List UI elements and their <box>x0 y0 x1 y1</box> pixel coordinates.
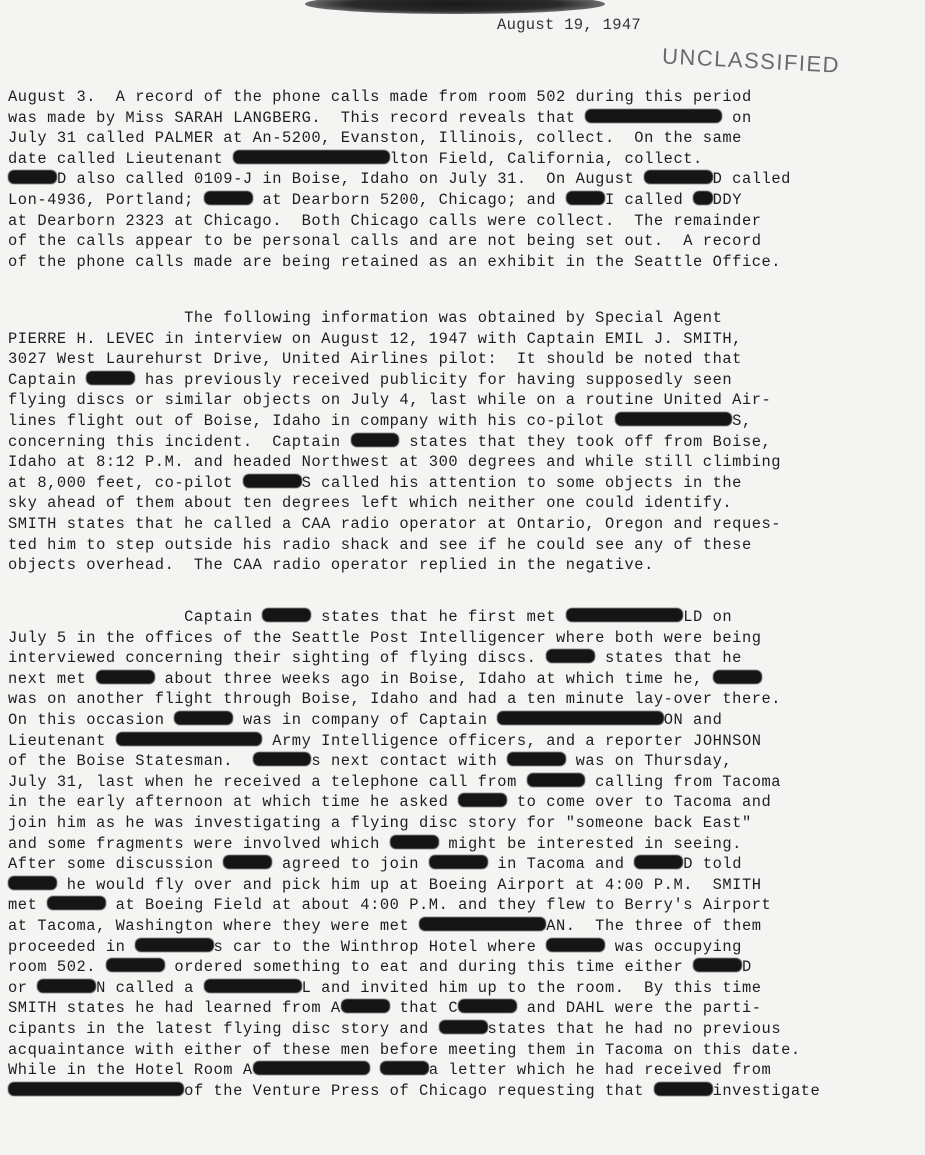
text-line: July 5 in the offices of the Seattle Pos… <box>8 628 762 648</box>
text-segment: join him as he was investigating a flyin… <box>8 814 752 832</box>
text-segment: states that he had no previous <box>488 1020 782 1038</box>
text-segment: D told <box>683 855 742 873</box>
text-line: July 31 called PALMER at An-5200, Evanst… <box>8 128 742 148</box>
redaction-mark: SMITH <box>351 433 400 447</box>
text-segment: was made by Miss SARAH LANGBERG. This re… <box>8 109 585 127</box>
text-segment: to come over to Tacoma and <box>507 793 771 811</box>
text-line: date called Lieutenant XXXXXXXX at Hamil… <box>8 149 703 169</box>
text-line: acquaintance with either of these men be… <box>8 1040 801 1060</box>
text-segment: sky ahead of them about ten degrees left… <box>8 494 732 512</box>
text-line: next met ARNOLD about three weeks ago in… <box>8 669 762 689</box>
redaction-mark: RNOLD showed <box>253 1061 370 1075</box>
text-line: and some fragments were involved which S… <box>8 834 742 854</box>
text-segment: of the phone calls made are being retain… <box>8 253 781 271</box>
text-line: Captain SMITH states that he first met K… <box>8 607 732 627</box>
text-segment: of the Venture Press of Chicago requesti… <box>184 1082 654 1100</box>
text-line: flying discs or similar objects on July … <box>8 390 771 410</box>
redaction-mark: ARNOL <box>8 170 57 184</box>
text-segment: room 502. <box>8 958 106 976</box>
text-segment: and some fragments were involved which <box>8 835 390 853</box>
classification-stamp: UNCLASSIFIED <box>661 43 840 78</box>
text-segment: was in company of Captain <box>233 711 497 729</box>
text-segment: ordered something to eat and during this… <box>165 958 693 976</box>
text-segment: SMITH states he had learned from A <box>8 999 341 1017</box>
text-line: On this occasion ARNOLD was in company o… <box>8 710 722 730</box>
text-line: July 31, last when he received a telepho… <box>8 772 781 792</box>
text-segment: has previously received publicity for ha… <box>135 371 732 389</box>
redaction-mark: ARNOLD <box>527 773 586 787</box>
redaction-mark: SMITH <box>546 649 595 663</box>
text-segment: Captain <box>8 608 262 626</box>
text-segment: in the early afternoon at which time he … <box>8 793 458 811</box>
text-segment: objects overhead. The CAA radio operator… <box>8 556 654 574</box>
text-segment: D also called 0109-J in Boise, Idaho on … <box>57 170 644 188</box>
text-segment: 3027 West Laurehurst Drive, United Airli… <box>8 350 742 368</box>
text-segment: ON and <box>664 711 723 729</box>
text-segment: July 31 called PALMER at An-5200, Evanst… <box>8 129 742 147</box>
text-segment: or <box>8 979 37 997</box>
text-segment: LD on <box>683 608 732 626</box>
redaction-mark: 1 ARNOL <box>644 170 713 184</box>
text-line: room 502. ARNOLD ordered something to ea… <box>8 957 752 977</box>
text-segment: AN. The three of them <box>546 917 761 935</box>
text-line: SMITH states he had learned from ARNOLD … <box>8 998 762 1018</box>
text-line: sky ahead of them about ten degrees left… <box>8 493 732 513</box>
redaction-mark: ARNOL <box>634 855 683 869</box>
redaction-mark: SMITH <box>223 855 272 869</box>
redaction-mark: KENNETH ARNOLD <box>585 109 722 123</box>
text-segment: acquaintance with either of these men be… <box>8 1041 801 1059</box>
text-segment: of the calls appear to be personal calls… <box>8 232 762 250</box>
redaction-mark: SMITH <box>8 876 57 890</box>
redaction-mark: RAY PALMER, EDITOR <box>8 1082 184 1096</box>
text-segment: a letter which he had received from <box>429 1061 772 1079</box>
redaction-mark: KENNETH ARNO <box>566 608 683 622</box>
text-segment: flying discs or similar objects on July … <box>8 391 771 409</box>
text-segment: I called <box>605 191 693 209</box>
text-segment: agreed to join <box>272 855 429 873</box>
redaction-mark: ARNOLD <box>507 752 566 766</box>
text-segment: After some discussion <box>8 855 223 873</box>
text-segment: The following information was obtained b… <box>8 309 722 327</box>
text-segment: met <box>8 896 47 914</box>
text-segment: N called a <box>96 979 204 997</box>
text-line: SMITH states that he called a CAA radio … <box>8 514 781 534</box>
redaction-mark: by FRED CRISM <box>419 917 546 931</box>
text-line: After some discussion SMITH agreed to jo… <box>8 854 742 874</box>
text-segment: On this occasion <box>8 711 174 729</box>
text-line: Lon-4936, Portland; BXXXX at Dearborn 52… <box>8 190 742 210</box>
text-segment: next met <box>8 670 96 688</box>
text-segment: was on another flight through Boise, Ida… <box>8 690 781 708</box>
text-segment: was on Thursday, <box>566 752 732 770</box>
text-line: was on another flight through Boise, Ida… <box>8 689 781 709</box>
text-segment: cipants in the latest flying disc story … <box>8 1020 439 1038</box>
redaction-mark: BXXXX <box>204 191 253 205</box>
redaction-mark: HAROLD DAH <box>204 979 302 993</box>
text-line: join him as he was investigating a flyin… <box>8 813 752 833</box>
redaction-mark: ARNOLD <box>47 896 106 910</box>
text-line: The following information was obtained b… <box>8 308 722 328</box>
redaction-mark: ARNOLD <box>174 711 233 725</box>
redaction-mark: ARNOLD <box>546 938 605 952</box>
redaction-mark: XXXX <box>566 191 605 205</box>
redaction-mark: SMITH <box>439 1020 488 1034</box>
text-segment: at Tacoma, Washington where they were me… <box>8 917 419 935</box>
text-segment: might be interested in seeing. <box>439 835 742 853</box>
text-line: While in the Hotel Room ARNOLD showed SM… <box>8 1060 771 1080</box>
text-segment: date called Lieutenant <box>8 150 233 168</box>
redaction-mark: XXXXXXXX at Hami <box>233 150 390 164</box>
text-line: RAY PALMER, EDITORof the Venture Press o… <box>8 1081 820 1101</box>
redaction-smudge-header <box>305 0 605 14</box>
redaction-mark: SMITH <box>380 1061 429 1075</box>
text-line: SMITH he would fly over and pick him up … <box>8 875 762 895</box>
text-segment: Idaho at 8:12 P.M. and headed Northwest … <box>8 453 781 471</box>
text-line: in the early afternoon at which time he … <box>8 792 771 812</box>
text-line: Lieutenant FRANK M. BROWN, Army Intellig… <box>8 731 762 751</box>
text-segment: states that he first met <box>311 608 565 626</box>
text-line: proceeded in CRISMAN's car to the Winthr… <box>8 937 742 957</box>
redaction-mark: FRANK M. BROWN, <box>116 732 263 746</box>
text-line: at 8,000 feet, co-pilot STEVENS called h… <box>8 473 742 493</box>
document-page: August 19, 1947 UNCLASSIFIED August 3. A… <box>0 0 925 1155</box>
text-segment: and DAHL were the parti- <box>517 999 762 1017</box>
text-line: cipants in the latest flying disc story … <box>8 1019 781 1039</box>
text-segment: was occupying <box>605 938 742 956</box>
redaction-mark: TO <box>693 191 713 205</box>
redaction-mark: WILLIAM L. DAVIDS <box>497 711 663 725</box>
redaction-mark: SMITH <box>458 793 507 807</box>
text-segment: at 8,000 feet, co-pilot <box>8 474 243 492</box>
text-segment: at Dearborn 2323 at Chicago. Both Chicag… <box>8 212 762 230</box>
text-line: objects overhead. The CAA radio operator… <box>8 555 654 575</box>
redaction-mark: ARNOLD <box>96 670 155 684</box>
text-line: met ARNOLD at Boeing Field at about 4:00… <box>8 895 771 915</box>
redaction-mark: RALPH STEVEN <box>615 412 732 426</box>
document-date: August 19, 1947 <box>497 16 641 34</box>
text-segment: D <box>742 958 752 976</box>
text-segment: Army Intelligence officers, and a report… <box>262 732 761 750</box>
text-line: of the Boise Statesman. SMITH's next con… <box>8 751 732 771</box>
text-line: Captain SMITH has previously received pu… <box>8 370 732 390</box>
redaction-mark: SMITH <box>262 608 311 622</box>
text-line: ted him to step outside his radio shack … <box>8 535 752 555</box>
redaction-mark: ARNOLD <box>106 958 165 972</box>
text-line: was made by Miss SARAH LANGBERG. This re… <box>8 108 752 128</box>
text-segment: calling from Tacoma <box>585 773 781 791</box>
text-segment: ted him to step outside his radio shack … <box>8 536 752 554</box>
text-segment: s next contact with <box>311 752 507 770</box>
text-line: interviewed concerning their sighting of… <box>8 648 742 668</box>
text-segment: S, <box>732 412 752 430</box>
text-segment: about three weeks ago in Boise, Idaho at… <box>155 670 713 688</box>
text-segment: states that he <box>595 649 742 667</box>
text-line: of the phone calls made are being retain… <box>8 252 781 272</box>
text-segment: August 3. A record of the phone calls ma… <box>8 88 752 106</box>
redaction-mark: CRISMA <box>37 979 96 993</box>
text-segment: SMITH states that he called a CAA radio … <box>8 515 781 533</box>
text-segment: D called <box>713 170 791 188</box>
redaction-mark: RISMAN <box>458 999 517 1013</box>
text-segment: on <box>722 109 751 127</box>
text-segment: Captain <box>8 371 86 389</box>
redaction-mark: STEVEN <box>243 474 302 488</box>
text-segment: at Boeing Field at about 4:00 P.M. and t… <box>106 896 771 914</box>
redaction-mark: ARNOL <box>693 958 742 972</box>
redaction-mark: ARNOLD <box>429 855 488 869</box>
text-line: 3027 West Laurehurst Drive, United Airli… <box>8 349 742 369</box>
text-segment: S called his attention to some objects i… <box>302 474 742 492</box>
text-segment: lton Field, California, collect. <box>390 150 703 168</box>
text-segment: July 31, last when he received a telepho… <box>8 773 527 791</box>
text-segment: L and invited him up to the room. By thi… <box>302 979 762 997</box>
text-segment: he would fly over and pick him up at Boe… <box>57 876 762 894</box>
redaction-mark: ARNOLD <box>654 1082 713 1096</box>
text-line: or CRISMAN called a HAROLD DAHL and invi… <box>8 978 762 998</box>
text-segment: interviewed concerning their sighting of… <box>8 649 546 667</box>
text-segment: Lon-4936, Portland; <box>8 191 204 209</box>
redaction-mark: CRISMAN' <box>135 938 213 952</box>
text-segment: While in the Hotel Room A <box>8 1061 253 1079</box>
text-segment: in Tacoma and <box>488 855 635 873</box>
text-segment: that C <box>390 999 459 1017</box>
text-segment: lines flight out of Boise, Idaho in comp… <box>8 412 615 430</box>
text-segment: July 5 in the offices of the Seattle Pos… <box>8 629 762 647</box>
text-segment: PIERRE H. LEVEC in interview on August 1… <box>8 330 742 348</box>
redaction-mark: SMITH <box>390 835 439 849</box>
text-segment <box>370 1061 380 1079</box>
text-line: ARNOLD also called 0109-J in Boise, Idah… <box>8 169 791 189</box>
text-line: concerning this incident. Captain SMITH … <box>8 432 771 452</box>
text-segment: concerning this incident. Captain <box>8 433 351 451</box>
text-segment: s car to the Winthrop Hotel where <box>214 938 547 956</box>
text-line: Idaho at 8:12 P.M. and headed Northwest … <box>8 452 781 472</box>
redaction-mark: RNOLD <box>341 999 390 1013</box>
redaction-mark: SMITH' <box>253 752 312 766</box>
text-line: at Tacoma, Washington where they were me… <box>8 916 762 936</box>
text-segment: Lieutenant <box>8 732 116 750</box>
text-segment: DDY <box>713 191 742 209</box>
text-line: PIERRE H. LEVEC in interview on August 1… <box>8 329 742 349</box>
text-line: August 3. A record of the phone calls ma… <box>8 87 752 107</box>
text-line: at Dearborn 2323 at Chicago. Both Chicag… <box>8 211 762 231</box>
text-segment: of the Boise Statesman. <box>8 752 253 770</box>
text-segment: investigate <box>713 1082 821 1100</box>
redaction-mark: SMITH <box>86 371 135 385</box>
text-line: lines flight out of Boise, Idaho in comp… <box>8 411 752 431</box>
text-line: of the calls appear to be personal calls… <box>8 231 762 251</box>
text-segment: states that they took off from Boise, <box>399 433 771 451</box>
text-segment: at Dearborn 5200, Chicago; and <box>253 191 566 209</box>
text-segment: proceeded in <box>8 938 135 956</box>
redaction-mark: SMITH <box>713 670 762 684</box>
